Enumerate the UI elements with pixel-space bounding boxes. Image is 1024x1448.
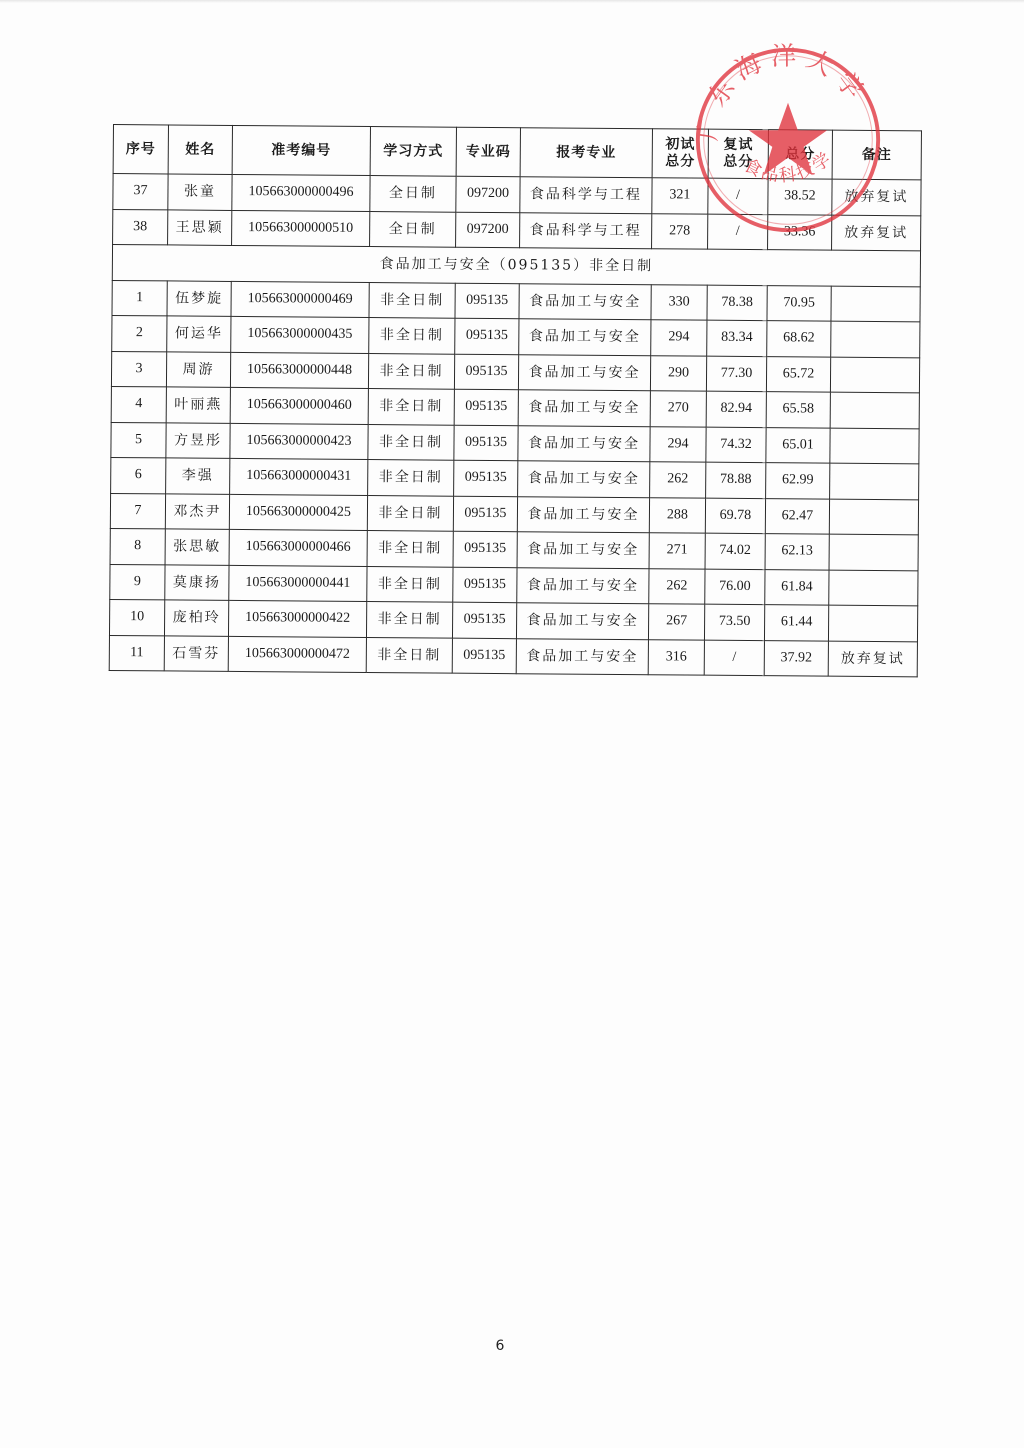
row-major: 食品加工与安全: [518, 425, 650, 462]
row-index: 8: [110, 528, 165, 564]
row-major-code: 095135: [452, 638, 516, 674]
row-major-code: 095135: [454, 354, 518, 390]
row-note: [830, 428, 919, 464]
row-study-mode: 全日制: [370, 176, 456, 212]
row-initial-score: 330: [651, 284, 707, 320]
header-col-note: 备注: [832, 130, 921, 180]
row-initial-score: 278: [652, 213, 708, 249]
row-total-score: 38.52: [768, 179, 832, 215]
row-total-score: 61.44: [764, 605, 828, 641]
row-major: 食品科学与工程: [520, 177, 652, 214]
row-exam-id: 105663000000510: [232, 210, 370, 247]
row-total-score: 37.92: [764, 640, 828, 676]
row-major-code: 095135: [453, 567, 517, 603]
row-total-score: 62.99: [766, 463, 830, 499]
row-total-score: 70.95: [767, 285, 831, 321]
row-initial-score: 288: [649, 497, 705, 533]
row-total-score: 61.84: [765, 569, 829, 605]
row-initial-score: 294: [650, 426, 706, 462]
row-major-code: 095135: [454, 389, 518, 425]
row-study-mode: 非全日制: [368, 460, 454, 496]
row-retest-score: 76.00: [705, 569, 765, 605]
row-major-code: 097200: [456, 176, 520, 212]
row-name: 王思颖: [168, 209, 232, 245]
row-major: 食品加工与安全: [516, 638, 648, 675]
row-note: [829, 499, 918, 535]
row-major: 食品加工与安全: [517, 567, 649, 604]
row-initial-score: 316: [648, 639, 704, 675]
row-total-score: 65.01: [766, 427, 830, 463]
row-major: 食品加工与安全: [517, 496, 649, 533]
row-major: 食品加工与安全: [517, 532, 649, 569]
row-index: 4: [111, 386, 166, 422]
table-header-row: 序号姓名准考编号学习方式专业码报考专业初试总分复试总分总分备注: [113, 125, 921, 180]
row-index: 5: [111, 422, 166, 458]
row-major: 食品加工与安全: [516, 603, 648, 640]
row-exam-id: 105663000000431: [230, 458, 368, 495]
row-name: 叶丽燕: [166, 387, 230, 423]
row-major: 食品加工与安全: [519, 319, 651, 356]
row-initial-score: 321: [652, 178, 708, 214]
row-exam-id: 105663000000469: [231, 281, 369, 318]
row-major-code: 095135: [455, 283, 519, 319]
row-major-code: 095135: [453, 496, 517, 532]
row-total-score: 62.47: [765, 498, 829, 534]
row-index: 10: [109, 599, 164, 635]
row-index: 11: [109, 635, 164, 671]
row-study-mode: 非全日制: [368, 389, 454, 425]
row-total-score: 68.62: [767, 321, 831, 357]
row-major: 食品加工与安全: [519, 283, 651, 320]
row-index: 37: [113, 174, 168, 210]
header-col-total-score: 总分: [768, 130, 832, 180]
scan-edge: [0, 0, 1024, 3]
row-index: 38: [113, 209, 168, 245]
row-exam-id: 105663000000441: [229, 565, 367, 602]
row-name: 张童: [168, 174, 232, 210]
row-note: [831, 286, 920, 322]
header-col-initial-score: 初试总分: [652, 129, 708, 178]
row-study-mode: 全日制: [370, 211, 456, 247]
row-exam-id: 105663000000448: [230, 352, 368, 389]
row-name: 石雪芬: [164, 635, 228, 671]
header-col-study-mode: 学习方式: [370, 127, 456, 177]
row-retest-score: 78.88: [706, 462, 766, 498]
row-major-code: 095135: [452, 602, 516, 638]
row-major: 食品科学与工程: [520, 212, 652, 249]
row-major: 食品加工与安全: [518, 461, 650, 498]
row-study-mode: 非全日制: [367, 566, 453, 602]
row-exam-id: 105663000000466: [229, 529, 367, 566]
row-name: 周游: [166, 351, 230, 387]
table-row: 11石雪芬105663000000472非全日制095135食品加工与安全316…: [109, 635, 917, 677]
row-study-mode: 非全日制: [366, 602, 452, 638]
row-initial-score: 290: [650, 355, 706, 391]
row-note: 放弃复试: [832, 215, 921, 251]
row-initial-score: 262: [649, 568, 705, 604]
row-retest-score: 73.50: [704, 604, 764, 640]
row-initial-score: 262: [650, 462, 706, 498]
row-exam-id: 105663000000422: [228, 600, 366, 637]
row-retest-score: 74.02: [705, 533, 765, 569]
row-retest-score: 78.38: [707, 285, 767, 321]
row-name: 邓杰尹: [165, 493, 229, 529]
stamp-outer-text: 广东海洋大学: [693, 42, 873, 143]
row-name: 莫康扬: [165, 564, 229, 600]
row-name: 庞柏玲: [164, 600, 228, 636]
row-retest-score: 77.30: [706, 356, 766, 392]
table-body: 37张童105663000000496全日制097200食品科学与工程321/3…: [109, 174, 921, 677]
header-col-major-code: 专业码: [456, 127, 520, 177]
row-major-code: 095135: [454, 425, 518, 461]
row-note: 放弃复试: [828, 641, 917, 677]
row-total-score: 62.13: [765, 534, 829, 570]
score-sheet: 序号姓名准考编号学习方式专业码报考专业初试总分复试总分总分备注 37张童1056…: [109, 124, 922, 677]
row-note: 放弃复试: [832, 179, 921, 215]
row-index: 2: [112, 315, 167, 351]
row-exam-id: 105663000000425: [229, 494, 367, 531]
row-major-code: 095135: [454, 460, 518, 496]
row-name: 张思敏: [165, 529, 229, 565]
row-retest-score: /: [708, 178, 768, 214]
row-index: 7: [110, 493, 165, 529]
header-col-major: 报考专业: [520, 128, 652, 178]
row-study-mode: 非全日制: [369, 318, 455, 354]
score-table: 序号姓名准考编号学习方式专业码报考专业初试总分复试总分总分备注 37张童1056…: [109, 124, 922, 677]
row-note: [829, 534, 918, 570]
row-name: 伍梦旋: [167, 280, 231, 316]
row-study-mode: 非全日制: [367, 495, 453, 531]
header-col-index: 序号: [113, 125, 168, 174]
row-note: [828, 605, 917, 641]
row-total-score: 65.58: [766, 392, 830, 428]
row-initial-score: 294: [651, 320, 707, 356]
row-exam-id: 105663000000472: [228, 636, 366, 673]
row-study-mode: 非全日制: [369, 282, 455, 318]
row-index: 6: [111, 457, 166, 493]
row-study-mode: 非全日制: [366, 637, 452, 673]
row-note: [830, 392, 919, 428]
row-retest-score: 74.32: [706, 427, 766, 463]
header-col-name: 姓名: [168, 125, 232, 175]
page-number: 6: [0, 1338, 1000, 1354]
row-major-code: 095135: [453, 531, 517, 567]
row-total-score: 33.36: [768, 214, 832, 250]
row-exam-id: 105663000000435: [231, 316, 369, 353]
row-exam-id: 105663000000460: [230, 387, 368, 424]
row-study-mode: 非全日制: [368, 424, 454, 460]
row-retest-score: /: [704, 640, 764, 676]
row-retest-score: /: [708, 214, 768, 250]
row-note: [830, 357, 919, 393]
row-retest-score: 69.78: [705, 498, 765, 534]
row-retest-score: 83.34: [707, 320, 767, 356]
row-note: [830, 463, 919, 499]
row-index: 1: [112, 280, 167, 316]
row-index: 3: [111, 351, 166, 387]
row-initial-score: 271: [649, 533, 705, 569]
row-exam-id: 105663000000423: [230, 423, 368, 460]
row-index: 9: [110, 564, 165, 600]
header-col-retest-score: 复试总分: [708, 129, 768, 178]
row-major: 食品加工与安全: [518, 390, 650, 427]
row-name: 何运华: [167, 316, 231, 352]
row-note: [829, 570, 918, 606]
row-total-score: 65.72: [766, 356, 830, 392]
row-study-mode: 非全日制: [367, 531, 453, 567]
row-name: 方昱彤: [166, 422, 230, 458]
row-major-code: 097200: [456, 212, 520, 248]
svg-text:广东海洋大学: 广东海洋大学: [693, 42, 873, 143]
row-exam-id: 105663000000496: [232, 174, 370, 211]
row-initial-score: 267: [648, 604, 704, 640]
row-note: [831, 321, 920, 357]
row-initial-score: 270: [650, 391, 706, 427]
row-retest-score: 82.94: [706, 391, 766, 427]
row-name: 李强: [166, 458, 230, 494]
header-col-exam-id: 准考编号: [232, 125, 370, 175]
row-major: 食品加工与安全: [518, 354, 650, 391]
row-study-mode: 非全日制: [368, 353, 454, 389]
row-major-code: 095135: [455, 318, 519, 354]
